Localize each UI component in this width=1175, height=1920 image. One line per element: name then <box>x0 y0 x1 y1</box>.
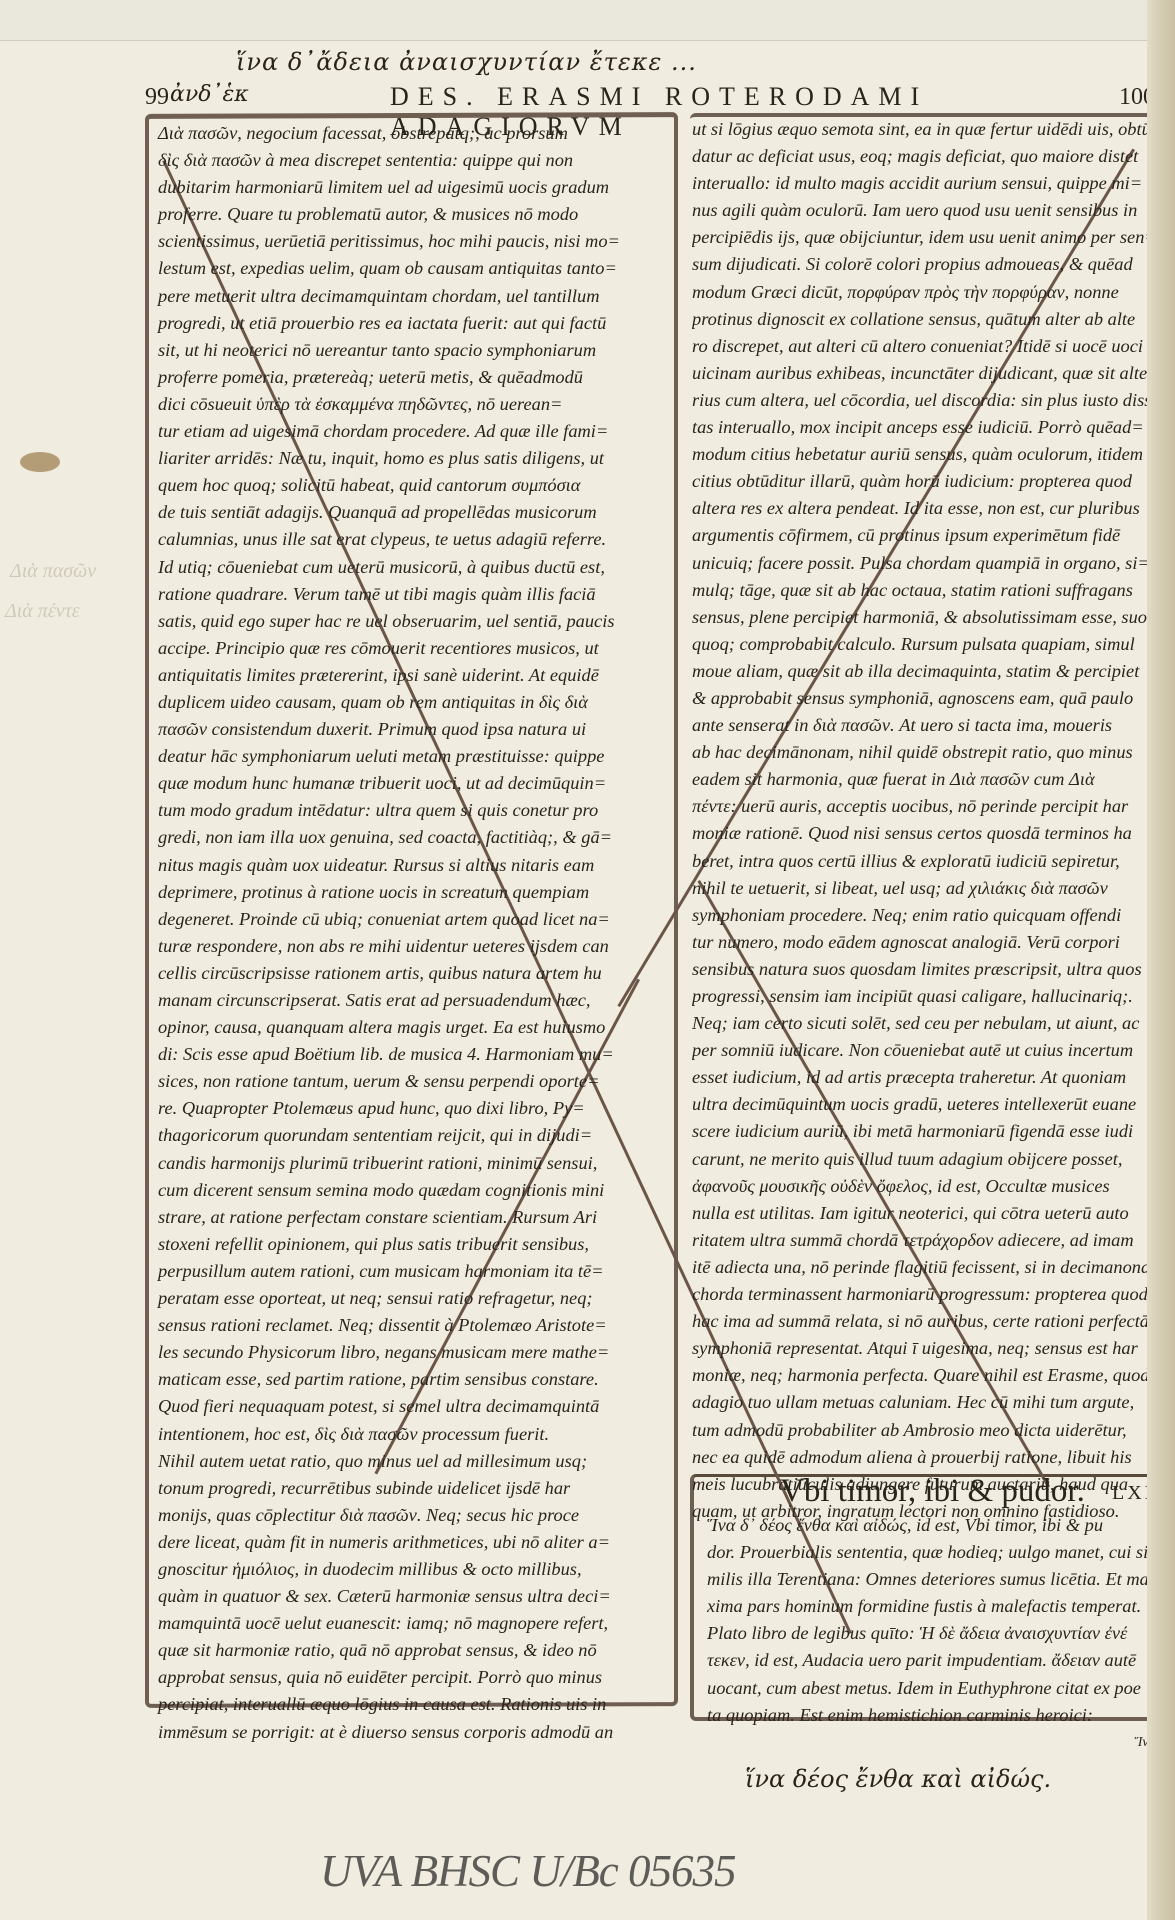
text-line: ritatem ultra summā chordā τετράχορδον a… <box>692 1227 1162 1254</box>
text-line: ratione quadrare. Verum tamē ut tibi mag… <box>158 581 668 608</box>
text-line: Id utiq; cōueniebat cum ueterū musicorū,… <box>158 554 668 581</box>
text-line: sensus rationi reclamet. Neq; dissentit … <box>158 1312 668 1339</box>
text-line: uocant, cum abest metus. Idem in Euthyph… <box>707 1675 1162 1702</box>
text-line: percipiat, interuallū æquo lōgius in cau… <box>158 1691 668 1718</box>
text-line: citius obtūditur illarū, quàm horū iudic… <box>692 468 1162 495</box>
text-line: de tuis sentiāt adagijs. Quanquā ad prop… <box>158 499 668 526</box>
text-line: tum admodū probabiliter ab Ambrosio meo … <box>692 1417 1162 1444</box>
text-line: dici cōsueuit ὑπὲρ τὰ ἐσκαμμένα πηδῶντες… <box>158 391 668 418</box>
text-line: monijs, quas cōplectitur διὰ πασῶν. Neq;… <box>158 1502 668 1529</box>
page-edge <box>1147 0 1175 1920</box>
text-line: gredi, non iam illa uox genuina, sed coa… <box>158 824 668 851</box>
text-line: rius cum altera, uel cōcordia, uel disco… <box>692 387 1162 414</box>
text-line: moniæ, neq; harmonia perfecta. Quare nih… <box>692 1362 1162 1389</box>
text-line: moue aliam, quæ sit ab illa decimaquinta… <box>692 658 1162 685</box>
text-line: gnoscitur ἡμιόλιος, in duodecim millibus… <box>158 1556 668 1583</box>
text-column-right: ut si lōgius æquo semota sint, ea in quæ… <box>692 116 1162 1525</box>
text-line: ro discrepet, aut alteri cū altero conue… <box>692 333 1162 360</box>
text-line: scientissimus, uerūetiā peritissimus, ho… <box>158 228 668 255</box>
text-line: symphoniam procedere. Neq; enim ratio qu… <box>692 902 1162 929</box>
text-line: calumnias, unus ille sat erat clypeus, t… <box>158 526 668 553</box>
text-line: nihil te uetuerit, si libeat, uel usq; a… <box>692 875 1162 902</box>
text-line: progredi, ut etiā prouerbio res ea iacta… <box>158 310 668 337</box>
text-line: tonum progredi, recurrētibus subinde uid… <box>158 1475 668 1502</box>
text-line: progressi, sensim iam incipiūt quasi cal… <box>692 983 1162 1010</box>
text-line: interuallo: id multo magis accidit auriu… <box>692 170 1162 197</box>
text-line: cum dicerent sensum semina modo quædam c… <box>158 1177 668 1204</box>
text-line: Nihil autem uetat ratio, quo minus uel a… <box>158 1448 668 1475</box>
text-line: unicuiq; facere possit. Pulsa chordam qu… <box>692 550 1162 577</box>
text-line: Neq; iam certo sicuti solēt, sed ceu per… <box>692 1010 1162 1037</box>
text-line: satis, quid ego super hac re uel obserua… <box>158 608 668 635</box>
text-line: datur ac deficiat usus, eoq; magis defic… <box>692 143 1162 170</box>
text-line: protinus dignoscit ex collatione sensus,… <box>692 306 1162 333</box>
text-line: pere metuerit ultra decimamquintam chord… <box>158 283 668 310</box>
text-line: dere liceat, quàm fit in numeris arithme… <box>158 1529 668 1556</box>
text-line: eadem sit harmonia, quæ fuerat in Διὰ πα… <box>692 766 1162 793</box>
text-line: mamquintā uocē uelut euanescit: iamq; nō… <box>158 1610 668 1637</box>
text-line: antiquitatis limites prætererint, ipsi s… <box>158 662 668 689</box>
text-line: ta quopiam. Est enim hemistichion carmin… <box>707 1702 1162 1729</box>
text-line: tum modo gradum intēdatur: ultra quem si… <box>158 797 668 824</box>
text-line: modum citius hebetatur auriū sensus, quà… <box>692 441 1162 468</box>
text-line: stoxeni refellit opinionem, qui plus sat… <box>158 1231 668 1258</box>
text-line: perpusillum autem rationi, cum musicam h… <box>158 1258 668 1285</box>
text-line: nitus magis quàm uox uideatur. Rursus si… <box>158 852 668 879</box>
text-line: per somniū iudicare. Non cōueniebat autē… <box>692 1037 1162 1064</box>
library-shelfmark-stamp: UVA BHSC U/Bc 05635 <box>320 1845 736 1897</box>
text-line: beret, intra quos certū illius & explora… <box>692 848 1162 875</box>
manuscript-note-bottom: ἵνα δέος ἔνθα καὶ αἰδώς. <box>745 1765 1051 1793</box>
text-line: milis illa Terentiana: Omnes deteriores … <box>707 1566 1162 1593</box>
text-line: opinor, causa, quanquam altera magis urg… <box>158 1014 668 1041</box>
text-line: ultra decimūquintum uocis gradū, ueteres… <box>692 1091 1162 1118</box>
text-line: deprimere, protinus à ratione uocis in s… <box>158 879 668 906</box>
text-line: hac ima ad summā relata, si nō auribus, … <box>692 1308 1162 1335</box>
folio-left: 99 <box>145 84 169 111</box>
text-line: carunt, ne merito quis illud tuum adagiu… <box>692 1146 1162 1173</box>
text-line: Ἵνα δ᾽ δέος ἔνθα καὶ αἰδώς, id est, Vbi … <box>707 1512 1162 1539</box>
text-line: re. Quapropter Ptolemæus apud hunc, quo … <box>158 1095 668 1122</box>
text-line: argumentis cōfirmem, cū protinus ipsum e… <box>692 522 1162 549</box>
text-line: Plato libro de legibus quīto: Ἡ δὲ ἄδεια… <box>707 1620 1162 1647</box>
text-line: nulla est utilitas. Iam igitur neoterici… <box>692 1200 1162 1227</box>
text-line: quæ sit harmoniæ ratio, quā nō approbat … <box>158 1637 668 1664</box>
text-column-left: Διὰ πασῶν, negocium facessat, obstrepatq… <box>158 120 668 1746</box>
text-line: immēsum se porrigit: at è diuerso sensus… <box>158 1719 668 1746</box>
text-line: ut si lōgius æquo semota sint, ea in quæ… <box>692 116 1162 143</box>
text-line: turæ respondere, non abs re mihi uidentu… <box>158 933 668 960</box>
text-line: maticam esse, sed partim ratione, partim… <box>158 1366 668 1393</box>
text-line: ab hac decimānonam, nihil quidē obstrepi… <box>692 739 1162 766</box>
text-line: altera res ex altera pendeat. Id ita ess… <box>692 495 1162 522</box>
text-line: chorda terminassent harmoniarū progressu… <box>692 1281 1162 1308</box>
text-line: deatur hāc symphoniarum ueluti metam præ… <box>158 743 668 770</box>
text-line: δὶς διὰ πασῶν à mea discrepet sententia:… <box>158 147 668 174</box>
text-line: mulq; tāge, quæ sit ab hac octaua, stati… <box>692 577 1162 604</box>
text-line: nec ea quidē admodum aliena à prouerbij … <box>692 1444 1162 1471</box>
text-line: sum dijudicati. Si colorē colori propius… <box>692 251 1162 278</box>
text-line: nus agili quàm oculorū. Iam uero quod us… <box>692 197 1162 224</box>
text-line: πασῶν consistendum duxerit. Primum quod … <box>158 716 668 743</box>
text-line: Διὰ πασῶν, negocium facessat, obstrepatq… <box>158 120 668 147</box>
text-line: dor. Prouerbialis sententia, quæ hodieq;… <box>707 1539 1162 1566</box>
text-line: sit, ut hi neoterici nō uereantur tanto … <box>158 337 668 364</box>
running-head: 99 DES. ERASMI ROTERODAMI ADAGIORVM 100 <box>145 72 1145 112</box>
text-line: esset iudicium, id ad artis præcepta tra… <box>692 1064 1162 1091</box>
text-line: proferre pomeria, prætereàq; ueterū meti… <box>158 364 668 391</box>
text-line: tur numero, modo eādem agnoscat analogiā… <box>692 929 1162 956</box>
text-line: symphoniā representat. Atqui ī uigesima,… <box>692 1335 1162 1362</box>
text-line: sices, non ratione tantum, uerum & sensu… <box>158 1068 668 1095</box>
text-line: degeneret. Proinde cū ubiq; conueniat ar… <box>158 906 668 933</box>
text-line: thagoricorum quorundam sententiam reijci… <box>158 1122 668 1149</box>
text-line: accipe. Principio quæ res cōmouerit rece… <box>158 635 668 662</box>
text-line: quem hoc quoq; solicitū habeat, quid can… <box>158 472 668 499</box>
scan-top-strip <box>0 0 1175 41</box>
text-line: candis harmonijs plurimū tribuerint rati… <box>158 1150 668 1177</box>
text-line: tas interuallo, mox incipit anceps esse … <box>692 414 1162 441</box>
text-line: ἀφανοῦς μουσικῆς οὐδὲν ὄφελος, id est, O… <box>692 1173 1162 1200</box>
text-line: scere iudicium auriū, ibi metā harmoniar… <box>692 1118 1162 1145</box>
text-line: les secundo Physicorum libro, negans mus… <box>158 1339 668 1366</box>
text-line: liariter arridēs: Næ tu, inquit, homo es… <box>158 445 668 472</box>
adage-heading: Vbi timor, ibi & pudor. <box>780 1473 1085 1510</box>
text-line: sensibus natura suos quosdam limites præ… <box>692 956 1162 983</box>
text-line: itē adiecta una, nō perinde flagitiū fec… <box>692 1254 1162 1281</box>
text-line: quoq; comprobabit calculo. Rursum pulsat… <box>692 631 1162 658</box>
text-line: di: Scis esse apud Boëtium lib. de music… <box>158 1041 668 1068</box>
text-line: manam circunscripserat. Satis erat ad pe… <box>158 987 668 1014</box>
text-line: Quod fieri nequaquam potest, si semel ul… <box>158 1393 668 1420</box>
text-line: peratam esse oporteat, ut neq; sensui ra… <box>158 1285 668 1312</box>
book-page: ἵνα δ᾽ἄδεια ἀναισχυντίαν ἔτεκε ... ἀνδ᾽ἑ… <box>0 0 1160 1920</box>
text-line: intentionem, hoc est, δὶς διὰ πασῶν proc… <box>158 1421 668 1448</box>
text-line: adagio tuo ullam metuas caluniam. Hec cū… <box>692 1389 1162 1416</box>
text-line: tur etiam ad uigesimā chordam procedere.… <box>158 418 668 445</box>
text-line: quæ modum hunc humanæ tribuerit uoci, ut… <box>158 770 668 797</box>
text-line: lestum est, expedias uelim, quam ob caus… <box>158 255 668 282</box>
adage-body: Ἵνα δ᾽ δέος ἔνθα καὶ αἰδώς, id est, Vbi … <box>707 1512 1162 1756</box>
text-line: xima pars hominum formidine fustis à mal… <box>707 1593 1162 1620</box>
text-line: πέντε: uerū auris, acceptis uocibus, nō … <box>692 793 1162 820</box>
text-line: uicinam auribus exhibeas, incunctāter di… <box>692 360 1162 387</box>
text-line: sensus, plene percipiet harmoniā, & abso… <box>692 604 1162 631</box>
text-line: cellis circūscripsisse rationem artis, q… <box>158 960 668 987</box>
catchword: Ἵνα <box>707 1729 1162 1756</box>
text-line: τεκεν, id est, Audacia uero parit impude… <box>707 1647 1162 1674</box>
text-line: percipiēdis ijs, quæ obijciuntur, idem u… <box>692 224 1162 251</box>
text-line: proferre. Quare tu problematū autor, & m… <box>158 201 668 228</box>
text-line: ante senserat in διὰ πασῶν. At uero si t… <box>692 712 1162 739</box>
ink-stain <box>20 452 60 472</box>
text-line: quàm in quatuor & sex. Cæterū harmoniæ s… <box>158 1583 668 1610</box>
bleedthrough-text: Διὰ πέντε <box>5 600 80 623</box>
text-line: dubitarim harmoniarū limitem uel ad uige… <box>158 174 668 201</box>
text-line: approbat sensus, quia nō euidēter percip… <box>158 1664 668 1691</box>
text-line: duplicem uideo causam, quam ob rem antiq… <box>158 689 668 716</box>
text-line: & approbabit sensus symphoniā, agnoscens… <box>692 685 1162 712</box>
text-line: moniæ rationē. Quod nisi sensus certos q… <box>692 820 1162 847</box>
text-line: modum Græci dicūt, πορφύραν πρὸς τὴν πορ… <box>692 279 1162 306</box>
text-line: strare, at ratione perfectam constare sc… <box>158 1204 668 1231</box>
bleedthrough-text: Διὰ πασῶν <box>10 560 96 583</box>
